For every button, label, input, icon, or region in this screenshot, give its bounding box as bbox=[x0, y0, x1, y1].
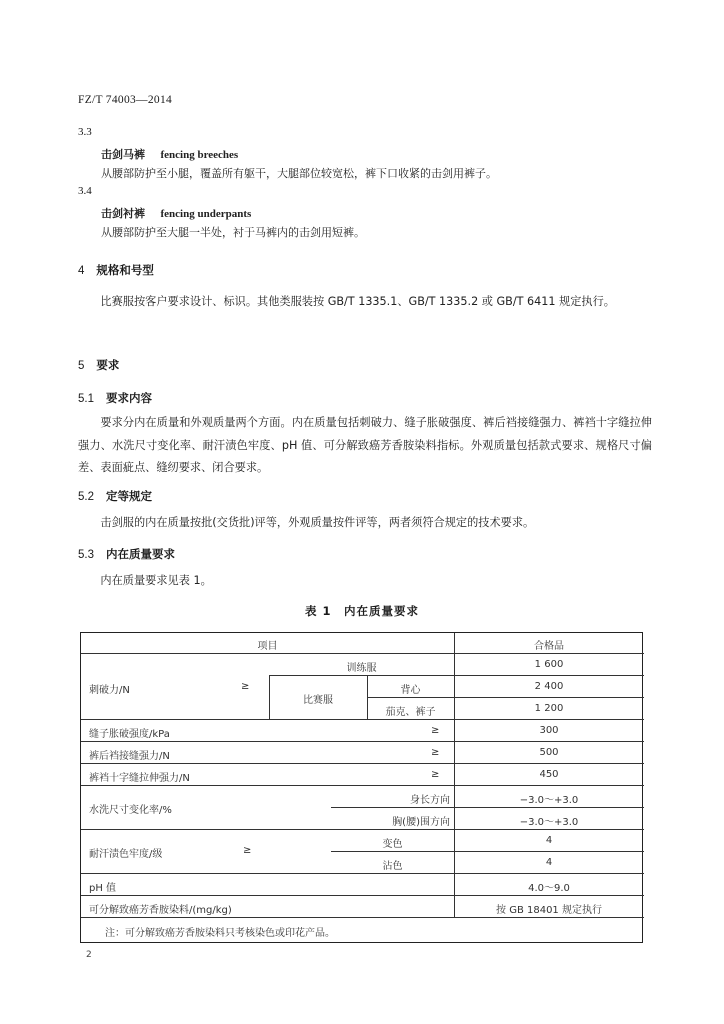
definition-number: 3.3 bbox=[78, 126, 92, 138]
table-rule bbox=[81, 873, 644, 874]
row-value: 4 bbox=[454, 857, 644, 868]
row-label: 可分解致癌芳香胺染料/(mg/kg) bbox=[89, 901, 232, 916]
row-value: 4 bbox=[454, 835, 644, 846]
term-en: fencing underpants bbox=[161, 208, 252, 220]
table-rule bbox=[81, 719, 644, 720]
vest-label: 背心 bbox=[367, 681, 454, 696]
sub-label: 变色 bbox=[331, 835, 454, 850]
row-value: 按 GB 18401 规定执行 bbox=[454, 901, 644, 916]
term-zh: 击剑衬裤 bbox=[101, 207, 145, 220]
value-vest: 2 400 bbox=[454, 681, 644, 692]
row-value: 4.0～9.0 bbox=[454, 879, 644, 894]
ge-symbol: ≥ bbox=[431, 747, 439, 758]
table-rule bbox=[81, 917, 644, 918]
row-label: 裤后裆接缝强力/N bbox=[89, 747, 170, 762]
row-value: −3.0～+3.0 bbox=[454, 791, 644, 806]
section-paragraph: 内在质量要求见表 1。 bbox=[78, 570, 652, 593]
ge-symbol: ≥ bbox=[243, 845, 251, 856]
table-rule bbox=[81, 785, 644, 786]
row-label: 耐汗渍色牢度/级 bbox=[89, 845, 162, 860]
definition-text: 从腰部防护至小腿，覆盖所有躯干，大腿部位较宽松，裤下口收紧的击剑用裤子。 bbox=[101, 165, 497, 181]
training-label: 训练服 bbox=[269, 659, 454, 674]
sub-label: 身长方向 bbox=[331, 791, 454, 806]
table-rule bbox=[269, 675, 644, 676]
quality-requirements-table: 项目 合格品 刺破力/N ≥ 训练服 比赛服 背心 茄克、裤子 1 600 2 … bbox=[80, 632, 643, 943]
section-heading: 4规格和号型 bbox=[78, 262, 154, 278]
table-caption: 表 1 内在质量要求 bbox=[0, 603, 724, 619]
standard-code: FZ/T 74003—2014 bbox=[78, 94, 172, 106]
section-heading: 5.1要求内容 bbox=[78, 390, 152, 406]
row-value: 300 bbox=[454, 725, 644, 736]
definition-number: 3.4 bbox=[78, 185, 92, 197]
section-paragraph: 比赛服按客户要求设计、标识。其他类服装按 GB/T 1335.1、GB/T 13… bbox=[78, 291, 652, 314]
header-qualified: 合格品 bbox=[454, 637, 644, 652]
page-number: 2 bbox=[86, 950, 92, 960]
section-paragraph: 要求分内在质量和外观质量两个方面。内在质量包括刺破力、缝子胀破强度、裤后裆接缝强… bbox=[78, 412, 652, 480]
row-label: 水洗尺寸变化率/% bbox=[89, 801, 172, 816]
table-rule bbox=[81, 829, 644, 830]
table-rule bbox=[81, 653, 644, 654]
row-label: 缝子胀破强度/kPa bbox=[89, 725, 170, 740]
sub-label: 沾色 bbox=[331, 857, 454, 872]
section-paragraph: 击剑服的内在质量按批(交货批)评等，外观质量按件评等，两者须符合规定的技术要求。 bbox=[78, 512, 652, 535]
term-zh: 击剑马裤 bbox=[101, 148, 145, 161]
row-value: −3.0～+3.0 bbox=[454, 813, 644, 828]
section-heading: 5.3内在质量要求 bbox=[78, 546, 175, 562]
ge-symbol: ≥ bbox=[241, 681, 249, 692]
header-item: 项目 bbox=[81, 637, 454, 652]
ge-symbol: ≥ bbox=[431, 769, 439, 780]
table-rule bbox=[331, 807, 644, 808]
section-heading: 5.2定等规定 bbox=[78, 488, 152, 504]
definition-text: 从腰部防护至大腿一半处，衬于马裤内的击剑用短裤。 bbox=[101, 224, 365, 240]
section-heading: 5要求 bbox=[78, 357, 119, 373]
competition-label: 比赛服 bbox=[269, 691, 367, 706]
table-note: 注：可分解致癌芳香胺染料只考核染色或印花产品。 bbox=[105, 924, 335, 939]
table-rule bbox=[331, 851, 644, 852]
definition-term: 击剑衬裤 fencing underpants bbox=[101, 205, 251, 221]
term-en: fencing breeches bbox=[161, 149, 239, 161]
row-label: 刺破力/N bbox=[89, 681, 130, 696]
ge-symbol: ≥ bbox=[431, 725, 439, 736]
table-rule bbox=[367, 697, 644, 698]
value-training: 1 600 bbox=[454, 659, 644, 670]
sub-label: 胸(腰)围方向 bbox=[331, 813, 454, 828]
table-rule bbox=[81, 763, 644, 764]
row-value: 450 bbox=[454, 769, 644, 780]
jacket-pants-label: 茄克、裤子 bbox=[367, 703, 454, 718]
row-label: 裤裆十字缝拉伸强力/N bbox=[89, 769, 190, 784]
value-jacket-pants: 1 200 bbox=[454, 703, 644, 714]
table-rule bbox=[81, 895, 644, 896]
table-rule bbox=[81, 741, 644, 742]
row-value: 500 bbox=[454, 747, 644, 758]
definition-term: 击剑马裤 fencing breeches bbox=[101, 146, 238, 162]
row-label: pH 值 bbox=[89, 879, 116, 894]
